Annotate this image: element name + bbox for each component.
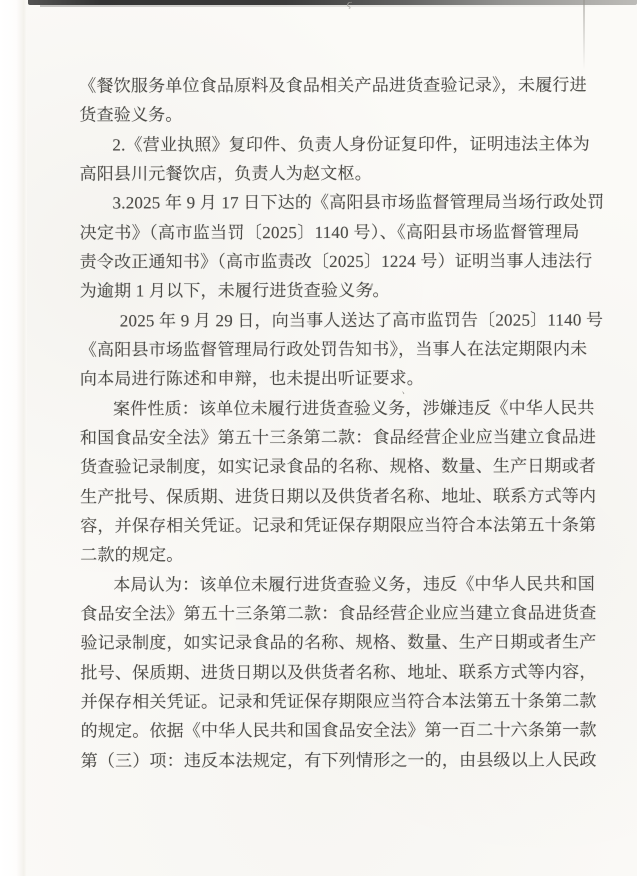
text-line: 责令改正通知书》（高市监责改〔2025〕1224 号）证明当事人违法行 bbox=[80, 246, 580, 276]
text-line: 二款的规定。 bbox=[80, 540, 580, 570]
page-right-edge-streak bbox=[583, 0, 585, 70]
text-line: 的规定。依据《中华人民共和国食品安全法》第一百二十六条第一款 bbox=[81, 716, 581, 746]
text-line: 3.2025 年 9 月 17 日下达的《高阳县市场监督管理局当场行政处罚 bbox=[80, 188, 580, 218]
text-line: 货查验记录制度，如实记录食品的名称、规格、数量、生产日期或者 bbox=[80, 452, 580, 482]
text-line: 批号、保质期、进货日期以及供货者名称、地址、联系方式等内容， bbox=[80, 657, 580, 687]
document-text-block: 《餐饮服务单位食品原料及食品相关产品进货查验记录》，未履行进货查验义务。2.《营… bbox=[79, 70, 580, 775]
text-line: 货查验义务。 bbox=[79, 100, 579, 130]
text-line: 和国食品安全法》第五十三条第二款：食品经营企业应当建立食品进 bbox=[80, 422, 580, 452]
text-line: 《餐饮服务单位食品原料及食品相关产品进货查验记录》，未履行进 bbox=[79, 70, 579, 100]
text-line: 验记录制度，如实记录食品的名称、规格、数量、生产日期或者生产 bbox=[80, 628, 580, 658]
text-line: 向本局进行陈述和申辩，也未提出听证要求。 bbox=[80, 364, 580, 394]
page-top-edge-shadow-soft bbox=[40, 5, 627, 7]
text-line: 为逾期 1 月以下，未履行进货查验义务。 bbox=[80, 276, 580, 306]
text-line: 本局认为：该单位未履行进货查验义务，违反《中华人民共和国 bbox=[80, 569, 580, 599]
scanner-bed-left-strip bbox=[0, 0, 27, 876]
text-line: 高阳县川元餐饮店，负责人为赵文枢。 bbox=[79, 158, 579, 188]
text-line: 案件性质：该单位未履行进货查验义务，涉嫌违反《中华人民共 bbox=[80, 393, 580, 423]
text-line: 容，并保存相关凭证。记录和凭证保存期限应当符合本法第五十条第 bbox=[80, 510, 580, 540]
text-line: 第（三）项：违反本法规定，有下列情形之一的，由县级以上人民政 bbox=[81, 745, 581, 775]
text-line: 生产批号、保质期、进货日期以及供货者名称、地址、联系方式等内 bbox=[80, 481, 580, 511]
text-line: 2025 年 9 月 29 日，向当事人送达了高市监罚告〔2025〕1140 号 bbox=[80, 305, 580, 335]
text-line: 食品安全法》第五十三条第二款：食品经营企业应当建立食品进货查 bbox=[80, 598, 580, 628]
scanned-document-page: ϛ 、 《餐饮服务单位食品原料及食品相关产品进货查验记录》，未履行进货查验义务。… bbox=[0, 0, 637, 876]
text-line: 决定书》（高市监当罚〔2025〕1140 号）、《高阳县市场监督管理局 bbox=[80, 217, 580, 247]
text-line: 2.《营业执照》复印件、负责人身份证复印件，证明违法主体为 bbox=[79, 129, 579, 159]
text-line: 并保存相关凭证。记录和凭证保存期限应当符合本法第五十条第二款 bbox=[81, 686, 581, 716]
text-line: 《高阳县市场监督管理局行政处罚告知书》，当事人在法定期限内未 bbox=[80, 334, 580, 364]
